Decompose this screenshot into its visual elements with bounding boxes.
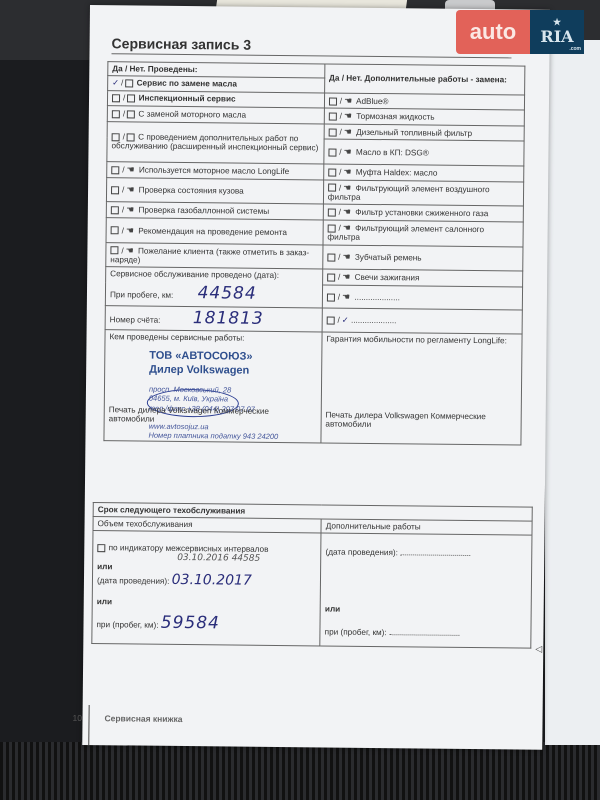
checkmark-icon: ✓ [342, 315, 349, 325]
dealer-stamp-label: Печать дилера Volkswagen Коммерческие ав… [109, 405, 317, 426]
page-number: 10 [72, 713, 82, 723]
invoice-field[interactable]: Номер счёта: 181813 [105, 306, 322, 333]
checkbox-yes[interactable] [328, 148, 336, 156]
stamp-company: ТОВ «АВТОСОЮЗ» Дилер Volkswagen [149, 349, 252, 379]
stamp-tax-number: Номер платника податку 943 24200 [148, 431, 278, 442]
extra-date-field[interactable]: (дата проведения): [326, 545, 528, 558]
left-item-label: Проверка состояния кузова [139, 186, 244, 196]
logo-suffix: .com [569, 46, 581, 52]
checkbox-yes[interactable] [111, 227, 119, 235]
checkbox-yes[interactable] [329, 97, 337, 105]
left-item-label: Проверка газобаллонной системы [138, 206, 269, 216]
service-date-label: Сервисное обслуживание проведено (дата): [110, 270, 318, 282]
checkbox-yes[interactable] [111, 186, 119, 194]
right-item-label: Масло в КП: DSG® [356, 148, 429, 158]
checkbox-no[interactable] [125, 80, 133, 88]
next-date-value: 03.10.2017 [172, 572, 252, 589]
right-column-header: Да / Нет. Дополнительные работы - замена… [324, 64, 524, 95]
extra-mileage-field[interactable]: при (пробег, км): [325, 625, 527, 638]
stamp-company-name: ТОВ «АВТОСОЮЗ» [149, 349, 252, 364]
right-item[interactable]: /☚ Фильтрующий элемент салонного фильтра [323, 220, 523, 247]
checkbox-yes[interactable] [328, 168, 336, 176]
checkbox-yes[interactable] [112, 110, 120, 118]
right-item-label: .................... [354, 292, 400, 301]
page-marker-triangle-icon: ◁ [535, 644, 542, 655]
right-item-label: Зубчатый ремень [355, 253, 422, 263]
extra-date-blank[interactable] [400, 546, 470, 556]
left-item-label: Инспекционный сервис [139, 94, 236, 104]
left-item[interactable]: /☚ Проверка состояния кузова [106, 177, 323, 204]
hand-check-icon: ☚ [343, 167, 351, 177]
right-item[interactable]: /☚ .................... [322, 285, 522, 310]
indicator-checkbox[interactable] [97, 544, 105, 552]
invoice-value: 181813 [193, 308, 264, 329]
next-date-label: (дата проведения): [97, 576, 169, 586]
hand-check-icon: ☚ [343, 182, 351, 192]
mileage-value: 44584 [198, 283, 257, 304]
stamp-dealer: Дилер Volkswagen [149, 363, 252, 378]
mileage-field[interactable]: Сервисное обслуживание проведено (дата):… [105, 267, 322, 308]
left-item-label: Используется моторное масло LongLife [139, 166, 289, 177]
mobility-label: Гарантия мобильности по регламенту LongL… [326, 335, 517, 346]
mobility-guarantee-area: Гарантия мобильности по регламенту LongL… [321, 332, 522, 445]
checkbox-yes[interactable] [328, 184, 336, 192]
logo-ria-text: RIA [540, 27, 573, 46]
facing-page [545, 40, 600, 745]
next-mileage-field[interactable]: при (пробег, км): 59584 [96, 612, 315, 634]
next-mileage-value: 59584 [161, 613, 220, 634]
left-item[interactable]: /☚ Рекомендация на проведение ремонта [106, 217, 323, 244]
checkmark-icon: ✓ [112, 78, 119, 88]
left-item-label: С заменой моторного масла [138, 109, 246, 119]
title-divider [111, 53, 511, 58]
hand-check-icon: ☚ [343, 222, 351, 232]
handwritten-note: 03.10.2016 44585 [177, 553, 316, 564]
hand-check-icon: ☚ [342, 252, 350, 262]
left-item-label: С проведением дополнительных работ по об… [111, 132, 318, 152]
left-item[interactable]: /☚ Пожелание клиента (также отметить в з… [106, 242, 323, 269]
book-title: Сервисная книжка [104, 713, 182, 724]
checkbox-yes[interactable] [112, 94, 120, 102]
or-label: или [325, 604, 527, 615]
right-item-label: Фильтр установки сжиженного газа [355, 208, 488, 218]
right-item-label: Тормозная жидкость [356, 112, 434, 122]
checkbox-yes[interactable] [110, 247, 118, 255]
next-mileage-label: при (пробег, км): [96, 620, 158, 630]
hand-check-icon: ☚ [344, 111, 352, 121]
checkbox-no[interactable] [127, 133, 135, 141]
dealer-stamp-label: Печать дилера Volkswagen Коммерческие ав… [325, 410, 516, 431]
right-item[interactable]: /✓ .................... [322, 308, 522, 335]
right-item-label: .................... [351, 316, 397, 325]
footer-divider [88, 705, 89, 745]
right-item[interactable]: /☚ Фильтрующий элемент воздушного фильтр… [323, 179, 523, 206]
or-label: или [97, 597, 316, 608]
right-item-label: Фильтрующий элемент воздушного фильтра [328, 183, 490, 201]
checkbox-yes[interactable] [326, 316, 334, 324]
hand-check-icon: ☚ [342, 291, 350, 301]
star-icon: ★ [553, 19, 561, 27]
left-item-label: Рекомендация на проведение ремонта [138, 226, 287, 237]
right-item[interactable]: /☚ Масло в КП: DSG® [324, 139, 524, 166]
checkbox-yes[interactable] [327, 254, 335, 262]
checkbox-yes[interactable] [327, 293, 335, 301]
checkbox-yes[interactable] [329, 113, 337, 121]
hand-check-icon: ☚ [344, 126, 352, 136]
autoria-watermark: auto ★ RIA .com [456, 10, 584, 54]
checkbox-yes[interactable] [327, 274, 335, 282]
left-item-label: Пожелание клиента (также отметить в зака… [110, 246, 309, 264]
right-item[interactable]: /☚ Зубчатый ремень [323, 245, 523, 272]
service-record-table: Да / Нет. Проведены: Да / Нет. Дополните… [103, 61, 525, 445]
hand-check-icon: ☚ [126, 185, 134, 195]
hand-check-icon: ☚ [126, 245, 134, 255]
right-item-label: AdBlue® [356, 97, 389, 106]
checkbox-no[interactable] [127, 110, 135, 118]
hand-check-icon: ☚ [342, 272, 350, 282]
hand-check-icon: ☚ [343, 207, 351, 217]
next-date-field[interactable]: (дата проведения): 03.10.2017 [97, 571, 316, 589]
checkbox-yes[interactable] [328, 209, 336, 217]
hand-check-icon: ☚ [344, 96, 352, 106]
extra-mileage-label: при (пробег, км): [325, 627, 387, 637]
invoice-label: Номер счёта: [110, 315, 161, 325]
checkbox-yes[interactable] [328, 128, 336, 136]
mileage-label: При пробеге, км: [110, 290, 173, 300]
left-item-label: Сервис по замене масла [137, 79, 237, 89]
logo-auto: auto [456, 10, 530, 54]
extra-mileage-blank[interactable] [389, 626, 459, 636]
hand-check-icon: ☚ [126, 225, 134, 235]
right-item-label: Свечи зажигания [355, 273, 420, 283]
checkbox-yes[interactable] [112, 133, 120, 141]
checkbox-yes[interactable] [111, 166, 119, 174]
right-item-label: Муфта Haldex: масло [356, 168, 438, 178]
dealer-stamp-area: Кем проведены сервисные работы: ТОВ «АВТ… [104, 330, 322, 443]
left-item[interactable]: / С проведением дополнительных работ по … [107, 121, 324, 164]
logo-ria: ★ RIA .com [530, 10, 584, 54]
extra-date-label: (дата проведения): [326, 547, 398, 557]
scope-cell: по индикатору межсервисных интервалов 03… [92, 531, 321, 646]
checkbox-yes[interactable] [111, 206, 119, 214]
checkbox-no[interactable] [127, 95, 135, 103]
hand-check-icon: ☚ [127, 165, 135, 175]
hand-check-icon: ☚ [126, 205, 134, 215]
checkbox-yes[interactable] [327, 224, 335, 232]
next-service-table: Срок следующего техобслуживания Объем те… [91, 502, 532, 649]
service-book-page: Сервисная запись 3 Да / Нет. Проведены: … [82, 5, 550, 750]
right-item-label: Дизельный топливный фильтр [356, 127, 472, 137]
hand-check-icon: ☚ [344, 147, 352, 157]
page-title: Сервисная запись 3 [112, 35, 252, 52]
background-fabric [0, 742, 600, 800]
extra-cell: (дата проведения): или при (пробег, км): [320, 533, 532, 648]
